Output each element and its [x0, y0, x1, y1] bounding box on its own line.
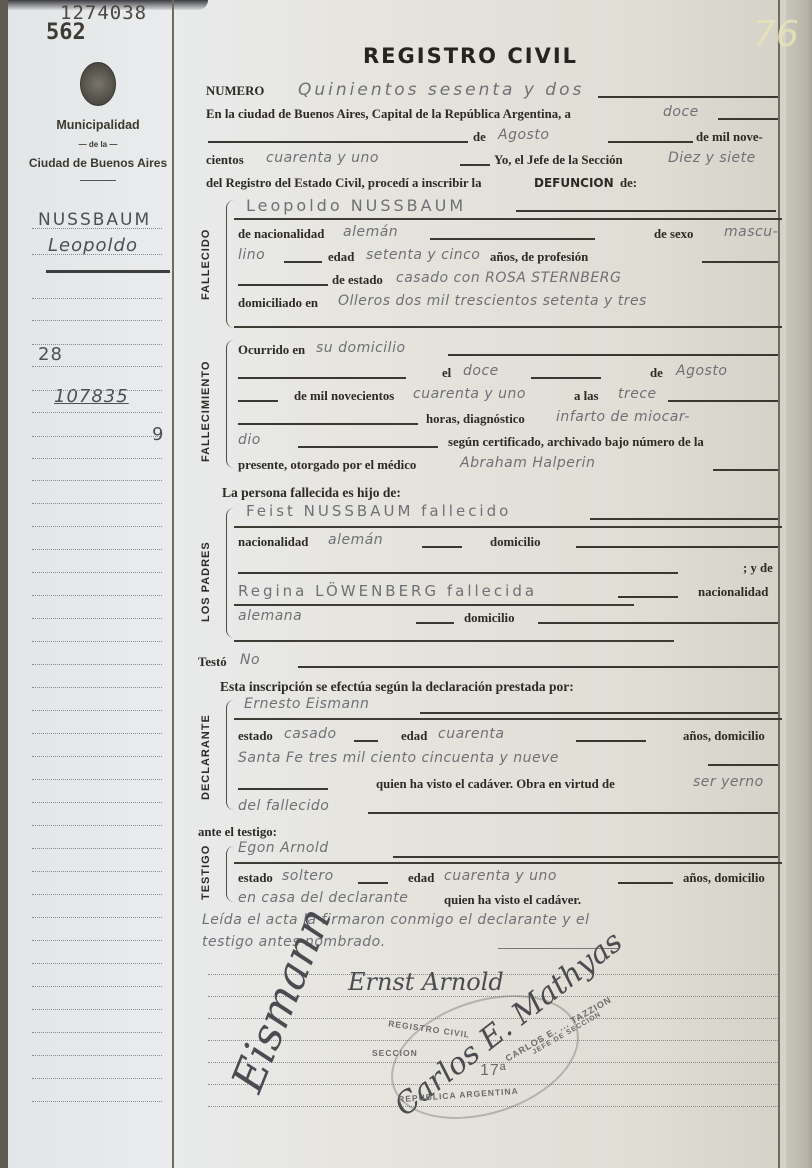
stub-surname: NUSSBAUM	[38, 210, 151, 230]
hour-value: trece	[618, 386, 657, 402]
stub-line	[32, 595, 162, 596]
testigo-name: Egon Arnold	[238, 840, 329, 856]
city-text: En la ciudad de Buenos Aires, Capital de…	[206, 107, 571, 122]
stub-line	[32, 710, 162, 711]
mother-row: Regina LÖWENBERG fallecida nacionalidad	[198, 582, 783, 604]
fill-line	[284, 261, 322, 263]
month-value: Agosto	[498, 127, 549, 143]
certificate-form: REGISTRO CIVIL 76 NUMERO Quinientos sese…	[198, 0, 788, 1168]
municipality-line1: Municipalidad	[28, 118, 168, 132]
fill-line	[430, 238, 595, 240]
horas-label: horas, diagnóstico	[426, 412, 525, 427]
divider	[234, 218, 782, 220]
stub-given-name: Leopoldo	[48, 235, 138, 256]
declarante-visto-row: quien ha visto el cadáver. Obra en virtu…	[198, 774, 783, 796]
stub-line	[32, 963, 162, 964]
stub-line	[32, 779, 162, 780]
stamp-number: 17ª	[480, 1062, 507, 1080]
y-de-label: ; y de	[743, 561, 773, 576]
registro-text: del Registro del Estado Civil, procedí a…	[206, 176, 482, 191]
stub-line	[32, 436, 162, 437]
domicilio-label: domicilio	[490, 535, 540, 550]
numero-row: NUMERO Quinientos sesenta y dos	[198, 80, 783, 102]
death-certificate-page: 1274038 562 Municipalidad — de la — Ciud…	[8, 0, 808, 1168]
fill-line	[448, 354, 778, 356]
fill-line	[354, 740, 378, 742]
fill-line	[608, 141, 693, 143]
fill-line	[718, 118, 778, 120]
year-value: cuarenta y uno	[413, 386, 526, 402]
stub-field-c: 9	[152, 424, 164, 445]
edad-value: cuarenta y uno	[444, 868, 557, 884]
stub-line	[32, 940, 162, 941]
testigo-domicilio-row: en casa del declarante quien ha visto el…	[198, 890, 783, 912]
fill-line	[531, 377, 601, 379]
father-row: Feist NUSSBAUM fallecido	[198, 502, 783, 524]
mother-domicilio-row: alemana domicilio	[198, 608, 783, 630]
day-value: doce	[663, 104, 699, 120]
declarante-estado-row: estado casado edad cuarenta años, domici…	[198, 726, 783, 748]
stub-line	[32, 664, 162, 665]
segun-label: según certificado, archivado bajo número…	[448, 435, 704, 450]
page-title: REGISTRO CIVIL	[363, 44, 578, 68]
jefe-label: Yo, el Jefe de la Sección	[494, 153, 623, 168]
a-las-label: a las	[574, 389, 599, 404]
nacionalidad-value: alemán	[343, 224, 398, 240]
stub-line	[32, 894, 162, 895]
fill-line	[460, 164, 490, 166]
fill-line	[668, 400, 778, 402]
ocurrido-label: Ocurrido en	[238, 343, 305, 358]
stub-line	[32, 228, 162, 229]
fill-line	[238, 400, 278, 402]
declaracion-intro: Esta inscripción se efectúa según la dec…	[220, 679, 574, 695]
stub-line	[32, 618, 162, 619]
year-value: cuarenta y uno	[266, 150, 379, 166]
mother-domicilio-label: domicilio	[464, 611, 514, 626]
fecha-row: el doce de Agosto	[198, 363, 783, 385]
fill-line	[238, 788, 328, 790]
fill-line	[298, 446, 438, 448]
stub-line	[32, 298, 162, 299]
fill-line	[393, 856, 778, 858]
fill-line	[538, 622, 778, 624]
mil-label: de mil novecientos	[294, 389, 394, 404]
stub-line	[32, 641, 162, 642]
edad-label: edad	[328, 250, 354, 265]
stub-line	[32, 1032, 162, 1033]
year-hour-row: de mil novecientos cuarenta y uno a las …	[198, 386, 783, 408]
stamp-left-text: SECCION	[372, 1048, 418, 1058]
stub-line	[32, 871, 162, 872]
estado-value: casado con ROSA STERNBERG	[396, 270, 621, 286]
stub-line	[32, 917, 162, 918]
estado-label: de estado	[332, 273, 383, 288]
corner-mark: 76	[753, 14, 799, 55]
date-row: de Agosto de mil nove-	[198, 127, 783, 149]
fill-line	[358, 882, 388, 884]
stub-line	[32, 572, 162, 573]
ocurrido-value: su domicilio	[316, 340, 406, 356]
city-row: En la ciudad de Buenos Aires, Capital de…	[198, 104, 783, 126]
fill-line	[516, 210, 776, 212]
registro-row: del Registro del Estado Civil, procedí a…	[198, 173, 783, 195]
stub-line	[32, 549, 162, 550]
father-nacionalidad: alemán	[328, 532, 383, 548]
declarante-name-row: Ernesto Eismann	[198, 696, 783, 718]
visto-label: quien ha visto el cadáver.	[444, 893, 581, 908]
stub-line	[32, 756, 162, 757]
fill-line	[590, 518, 778, 520]
testo-label: Testó	[198, 655, 227, 670]
diagnostico-row: horas, diagnóstico infarto de miocar-	[198, 409, 783, 431]
numero-value: Quinientos sesenta y dos	[298, 80, 584, 100]
stub-line	[32, 480, 162, 481]
ante-label: ante el testigo:	[198, 825, 277, 840]
stub-line	[32, 1078, 162, 1079]
nacionalidad-label: de nacionalidad	[238, 227, 324, 242]
hijo-row: La persona fallecida es hijo de:	[198, 482, 783, 504]
stub-line	[32, 458, 162, 459]
divider	[80, 180, 116, 181]
day-value: doce	[463, 363, 499, 379]
presente-label: presente, otorgado por el médico	[238, 458, 416, 473]
mother-nacionalidad: alemana	[238, 608, 302, 624]
fill-line	[238, 572, 678, 574]
stub-line	[32, 526, 162, 527]
fill-line	[422, 546, 462, 548]
divider	[234, 718, 782, 720]
fill-line	[576, 740, 646, 742]
stub-line	[32, 802, 162, 803]
fill-line	[618, 596, 678, 598]
fill-line	[708, 764, 778, 766]
divider	[234, 526, 782, 528]
stub-line	[32, 687, 162, 688]
de-label: de	[650, 366, 663, 381]
anos-profesion-label: años, de profesión	[490, 250, 588, 265]
mother-value: Regina LÖWENBERG fallecida	[238, 582, 537, 600]
fill-line	[420, 712, 778, 714]
edad-value: cuarenta	[438, 726, 504, 742]
fill-line	[713, 469, 778, 471]
diagnostico-value: infarto de miocar-	[556, 409, 690, 425]
ocurrido-row: Ocurrido en su domicilio	[198, 340, 783, 362]
divider	[234, 604, 634, 606]
stub-line	[32, 320, 162, 321]
edad-row: lino edad setenta y cinco años, de profe…	[198, 247, 783, 269]
coat-of-arms-icon	[80, 62, 116, 106]
stub-line	[32, 254, 162, 255]
el-label: el	[442, 366, 451, 381]
domicilio-label: domiciliado en	[238, 296, 318, 311]
nacionalidad-row: de nacionalidad alemán de sexo mascu-	[198, 224, 783, 246]
virtud-value-cont: del fallecido	[238, 798, 329, 814]
mother-nacionalidad-label: nacionalidad	[698, 585, 768, 600]
fill-line	[238, 423, 418, 425]
testo-value: No	[240, 652, 260, 668]
edad-value: setenta y cinco	[366, 247, 480, 263]
divider	[46, 270, 170, 273]
y-de-row: ; y de	[198, 558, 783, 580]
divider	[234, 640, 674, 642]
stub-line	[32, 986, 162, 987]
month-value: Agosto	[676, 363, 727, 379]
domicilio-value: en casa del declarante	[238, 890, 408, 906]
defuncion-label: DEFUNCION	[534, 176, 614, 190]
estado-value: casado	[284, 726, 337, 742]
fallecido-name: Leopoldo NUSSBAUM	[246, 196, 466, 215]
stub-column: 1274038 562 Municipalidad — de la — Ciud…	[8, 0, 180, 1168]
sexo-value: mascu-	[724, 224, 778, 240]
sexo-label: de sexo	[654, 227, 693, 242]
medico-value: Abraham Halperin	[460, 455, 595, 471]
numero-label: NUMERO	[206, 84, 264, 99]
fill-line	[238, 284, 328, 286]
father-nacionalidad-row: nacionalidad alemán domicilio	[198, 532, 783, 554]
nacionalidad-label: nacionalidad	[238, 535, 308, 550]
estado-label: estado	[238, 871, 273, 886]
declaracion-intro-row: Esta inscripción se efectúa según la dec…	[198, 676, 783, 698]
divider	[234, 862, 782, 864]
fill-line	[368, 812, 778, 814]
stub-line	[32, 848, 162, 849]
fill-line	[208, 141, 468, 143]
fill-line	[298, 666, 778, 668]
fill-line	[702, 261, 778, 263]
edad-label: edad	[408, 871, 434, 886]
stub-divider	[172, 0, 174, 1168]
stub-line	[32, 1055, 162, 1056]
stub-line	[32, 366, 162, 367]
stub-line	[32, 733, 162, 734]
declarante-virtud-row: del fallecido	[198, 798, 783, 820]
visto-label: quien ha visto el cadáver. Obra en virtu…	[376, 777, 615, 792]
virtud-value: ser yerno	[693, 774, 764, 790]
year-row: cientos cuarenta y uno Yo, el Jefe de la…	[198, 150, 783, 172]
fill-line	[618, 882, 673, 884]
stub-field-a: 28	[38, 344, 63, 365]
stub-line	[32, 412, 162, 413]
diagnostico-value-cont: dio	[238, 432, 261, 448]
hijo-label: La persona fallecida es hijo de:	[222, 485, 401, 501]
mil-label: de mil nove-	[696, 130, 763, 145]
stub-line	[32, 1009, 162, 1010]
binding-edge	[786, 0, 812, 1168]
certificado-row: dio según certificado, archivado bajo nú…	[198, 432, 783, 454]
declarante-domicilio-row: Santa Fe tres mil ciento cincuenta y nue…	[198, 750, 783, 772]
domicilio-value: Santa Fe tres mil ciento cincuenta y nue…	[238, 750, 559, 766]
municipality-line3: Ciudad de Buenos Aires	[28, 156, 168, 170]
fill-line	[576, 546, 778, 548]
anos-domicilio-label: años, domicilio	[683, 729, 765, 744]
testigo-estado-row: estado soltero edad cuarenta y uno años,…	[198, 868, 783, 890]
medico-row: presente, otorgado por el médico Abraham…	[198, 455, 783, 477]
anos-domicilio-label: años, domicilio	[683, 871, 765, 886]
father-value: Feist NUSSBAUM fallecido	[246, 502, 511, 520]
municipality-line2: — de la —	[28, 140, 168, 149]
edad-label: edad	[401, 729, 427, 744]
declarante-name: Ernesto Eismann	[244, 696, 369, 712]
fill-line	[238, 377, 406, 379]
domicilio-row: domiciliado en Olleros dos mil trescient…	[198, 293, 783, 315]
closing-line-1: Leída el acta la firmaron conmigo el dec…	[202, 912, 590, 928]
fill-line	[598, 96, 778, 98]
estado-label: estado	[238, 729, 273, 744]
stub-line	[32, 503, 162, 504]
stub-line	[32, 825, 162, 826]
stub-line	[32, 1101, 162, 1102]
estado-value: soltero	[282, 868, 334, 884]
cientos-label: cientos	[206, 153, 244, 168]
signature-testigo: Ernst Arnold	[348, 968, 504, 996]
sexo-value-cont: lino	[238, 247, 265, 263]
divider	[234, 326, 782, 328]
fill-line	[416, 622, 454, 624]
stub-line	[32, 344, 162, 345]
estado-row: de estado casado con ROSA STERNBERG	[198, 270, 783, 292]
de-label: de	[473, 130, 486, 145]
stub-line	[32, 390, 162, 391]
de-colon: de:	[620, 176, 637, 191]
section-value: Diez y siete	[668, 150, 756, 166]
domicilio-value: Olleros dos mil trescientos setenta y tr…	[338, 293, 647, 309]
fallecido-name-row: Leopoldo NUSSBAUM	[198, 196, 783, 218]
acta-number: 562	[46, 20, 86, 45]
testo-row: Testó No	[198, 652, 783, 674]
testigo-name-row: Egon Arnold	[198, 840, 783, 862]
